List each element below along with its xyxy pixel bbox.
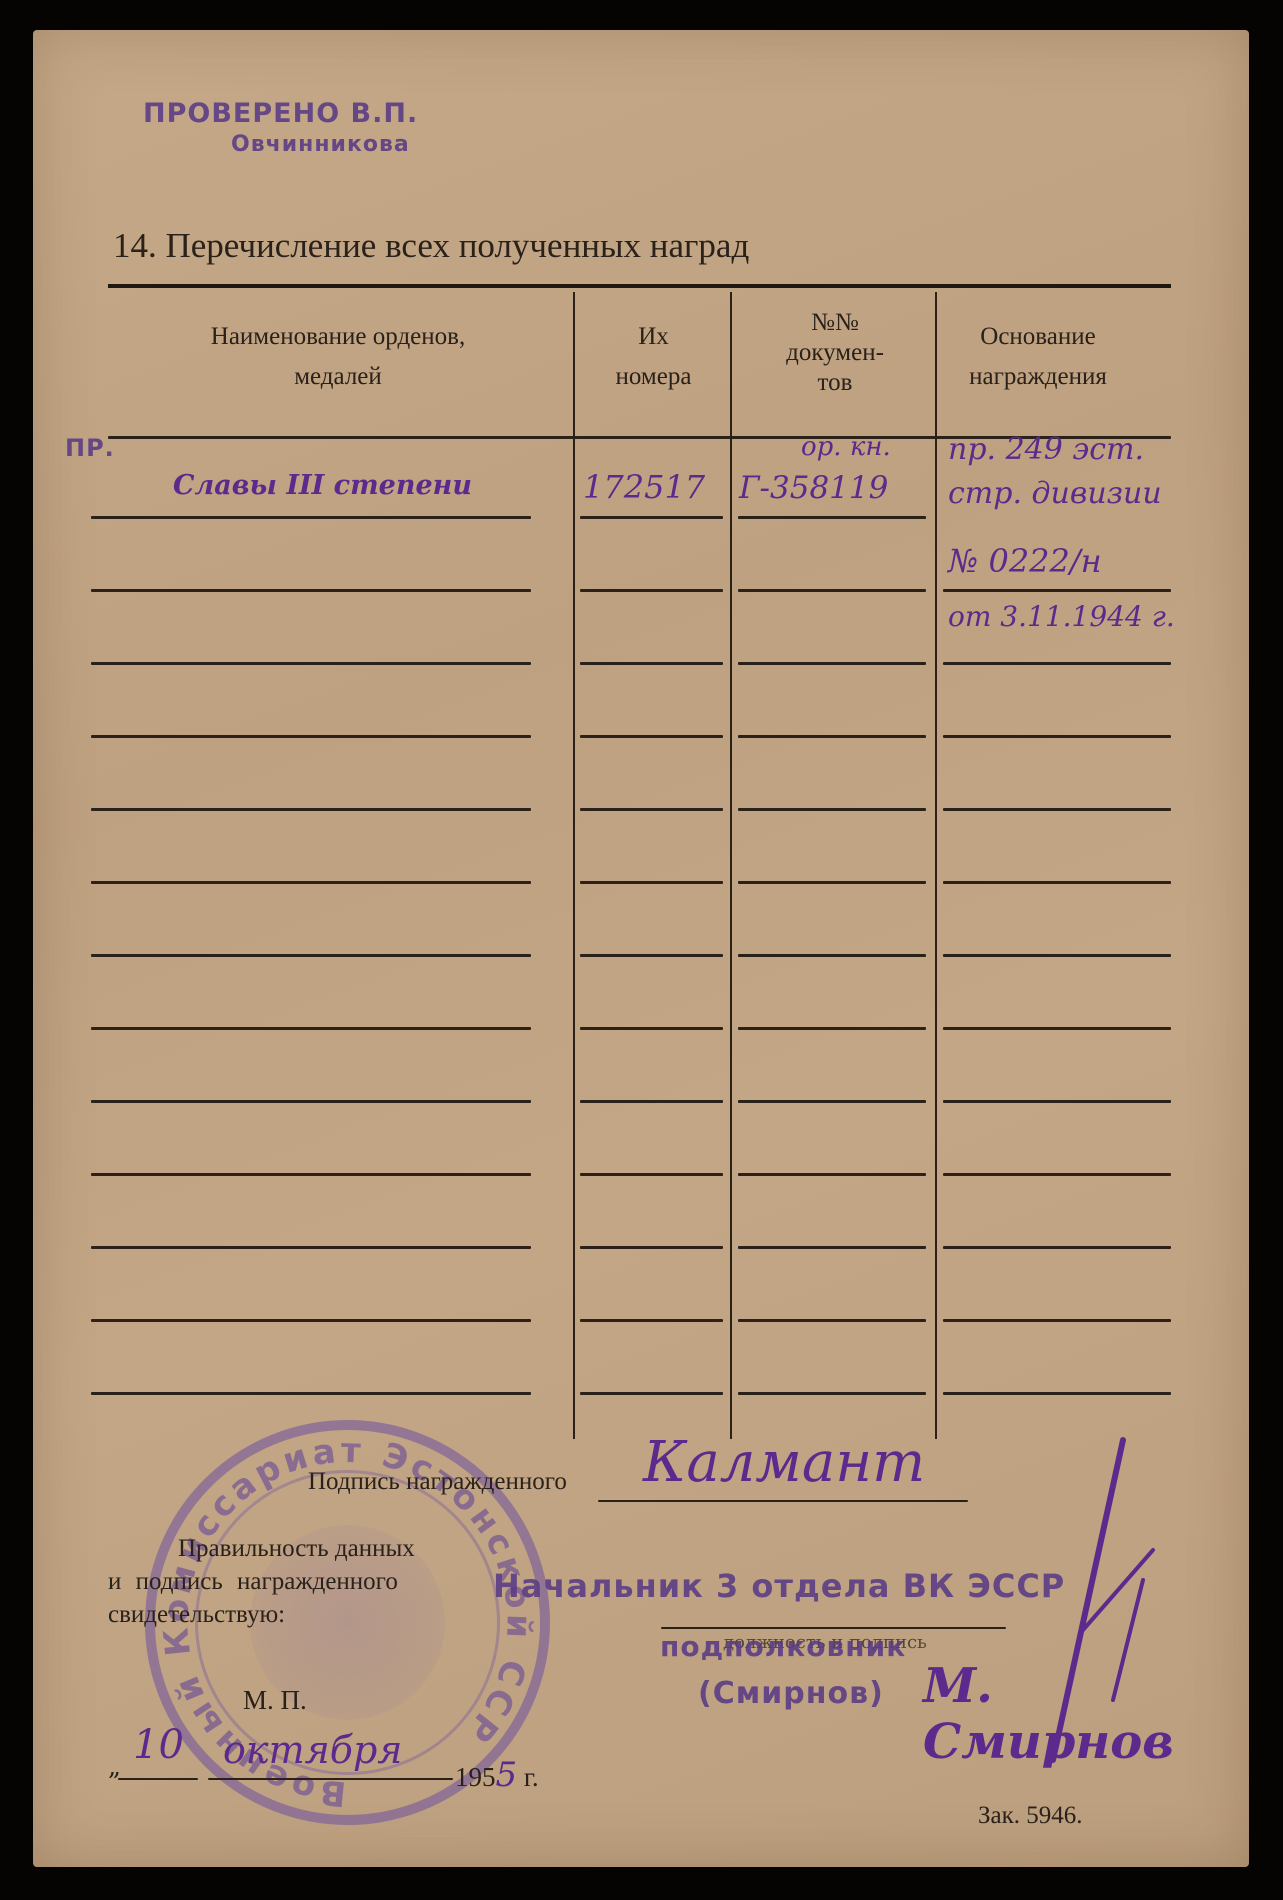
table-row-rule: [738, 954, 926, 957]
table-row-rule: [738, 881, 926, 884]
table-row-rule: [943, 1319, 1171, 1322]
table-row-rule: [580, 735, 723, 738]
table-row-rule: [738, 1392, 926, 1395]
seal-place-label: М. П.: [243, 1685, 307, 1716]
recipient-signature-label: Подпись награжденного: [308, 1468, 567, 1496]
table-row-rule: [91, 589, 531, 592]
table-row-rule: [738, 735, 926, 738]
date-month-line: [208, 1778, 453, 1780]
certify-line-2: и подпись награжденного: [108, 1568, 398, 1596]
table-row-rule: [943, 808, 1171, 811]
award-number-cell: 172517: [583, 468, 705, 506]
chief-signature-line: [661, 1627, 1006, 1629]
header-thick-rule: [108, 284, 1171, 288]
table-row-rule: [738, 1246, 926, 1249]
date-day-line: [118, 1778, 198, 1780]
table-row-rule: [91, 735, 531, 738]
table-row-rule: [943, 589, 1171, 592]
table-row-rule: [91, 516, 531, 519]
date-month: октября: [223, 1728, 402, 1772]
column-header-basis: Основание награждения: [938, 320, 1138, 394]
column-header-numbers: Их номера: [576, 320, 731, 394]
section-title: 14. Перечисление всех полученных наград: [113, 226, 749, 266]
table-row-rule: [738, 808, 926, 811]
table-row-rule: [943, 954, 1171, 957]
basis-line-3: № 0222/н: [948, 542, 1102, 580]
table-row-rule: [738, 1173, 926, 1176]
verified-stamp-line1: ПРОВЕРЕНО В.П.: [143, 98, 418, 129]
table-row-rule: [91, 662, 531, 665]
document-page: ПРОВЕРЕНО В.П. Овчинникова 14. Перечисле…: [33, 30, 1249, 1867]
rank-stamp: подполковник: [660, 1630, 906, 1663]
table-row-rule: [580, 1392, 723, 1395]
basis-line-1: пр. 249 эст.: [948, 432, 1144, 467]
table-row-rule: [580, 1319, 723, 1322]
table-row-rule: [91, 1173, 531, 1176]
chief-title-stamp: Начальник 3 отдела ВК ЭССР: [493, 1567, 1065, 1605]
table-row-rule: [738, 589, 926, 592]
table-row-rule: [91, 1100, 531, 1103]
pr-stamp: ПР.: [65, 434, 115, 462]
date-quote-open: „: [108, 1752, 121, 1781]
column-header-documents: №№ докумен- тов: [735, 308, 935, 398]
document-number-cell: Г-358119: [739, 470, 888, 506]
table-row-rule: [738, 1100, 926, 1103]
table-row-rule: [580, 881, 723, 884]
table-row-rule: [738, 1027, 926, 1030]
date-day: 10: [133, 1722, 184, 1768]
certify-line-3: свидетельствую:: [108, 1601, 285, 1629]
table-row-rule: [91, 881, 531, 884]
table-row-rule: [738, 516, 926, 519]
chief-signature-stroke: [1013, 1430, 1183, 1780]
award-name-cell: Славы III степени: [173, 470, 472, 501]
verified-stamp-line2: Овчинникова: [231, 132, 410, 157]
table-row-rule: [943, 1392, 1171, 1395]
table-row-rule: [580, 954, 723, 957]
column-header-award-name: Наименование орденов, медалей: [103, 320, 573, 394]
table-row-rule: [580, 1027, 723, 1030]
table-row-rule: [943, 662, 1171, 665]
table-row-rule: [91, 1319, 531, 1322]
certify-line-1: Правильность данных: [178, 1535, 415, 1563]
table-row-rule: [738, 1319, 926, 1322]
recipient-signature-line: [598, 1500, 968, 1502]
table-row-rule: [580, 662, 723, 665]
date-year: 1955 г.: [455, 1755, 539, 1795]
column-divider-2: [730, 292, 732, 1439]
column-divider-1: [573, 292, 575, 1439]
order-number: Зак. 5946.: [978, 1802, 1083, 1830]
table-row-rule: [943, 735, 1171, 738]
table-row-rule: [943, 1100, 1171, 1103]
name-stamp: (Смирнов): [698, 1676, 884, 1711]
table-row-rule: [943, 1027, 1171, 1030]
table-row-rule: [580, 808, 723, 811]
basis-line-2: стр. дивизии: [948, 476, 1162, 511]
document-prefix: ор. кн.: [801, 432, 891, 462]
table-row-rule: [580, 516, 723, 519]
table-row-rule: [580, 1100, 723, 1103]
table-row-rule: [943, 1246, 1171, 1249]
table-row-rule: [91, 1392, 531, 1395]
table-row-rule: [91, 808, 531, 811]
table-row-rule: [943, 881, 1171, 884]
table-row-rule: [580, 1173, 723, 1176]
column-divider-3: [935, 292, 937, 1439]
table-row-rule: [943, 1173, 1171, 1176]
basis-line-4: от 3.11.1944 г.: [948, 600, 1175, 633]
table-row-rule: [91, 1027, 531, 1030]
table-row-rule: [580, 589, 723, 592]
table-row-rule: [91, 1246, 531, 1249]
table-row-rule: [580, 1246, 723, 1249]
table-row-rule: [91, 954, 531, 957]
recipient-signature: Калмант: [643, 1430, 925, 1495]
table-row-rule: [738, 662, 926, 665]
